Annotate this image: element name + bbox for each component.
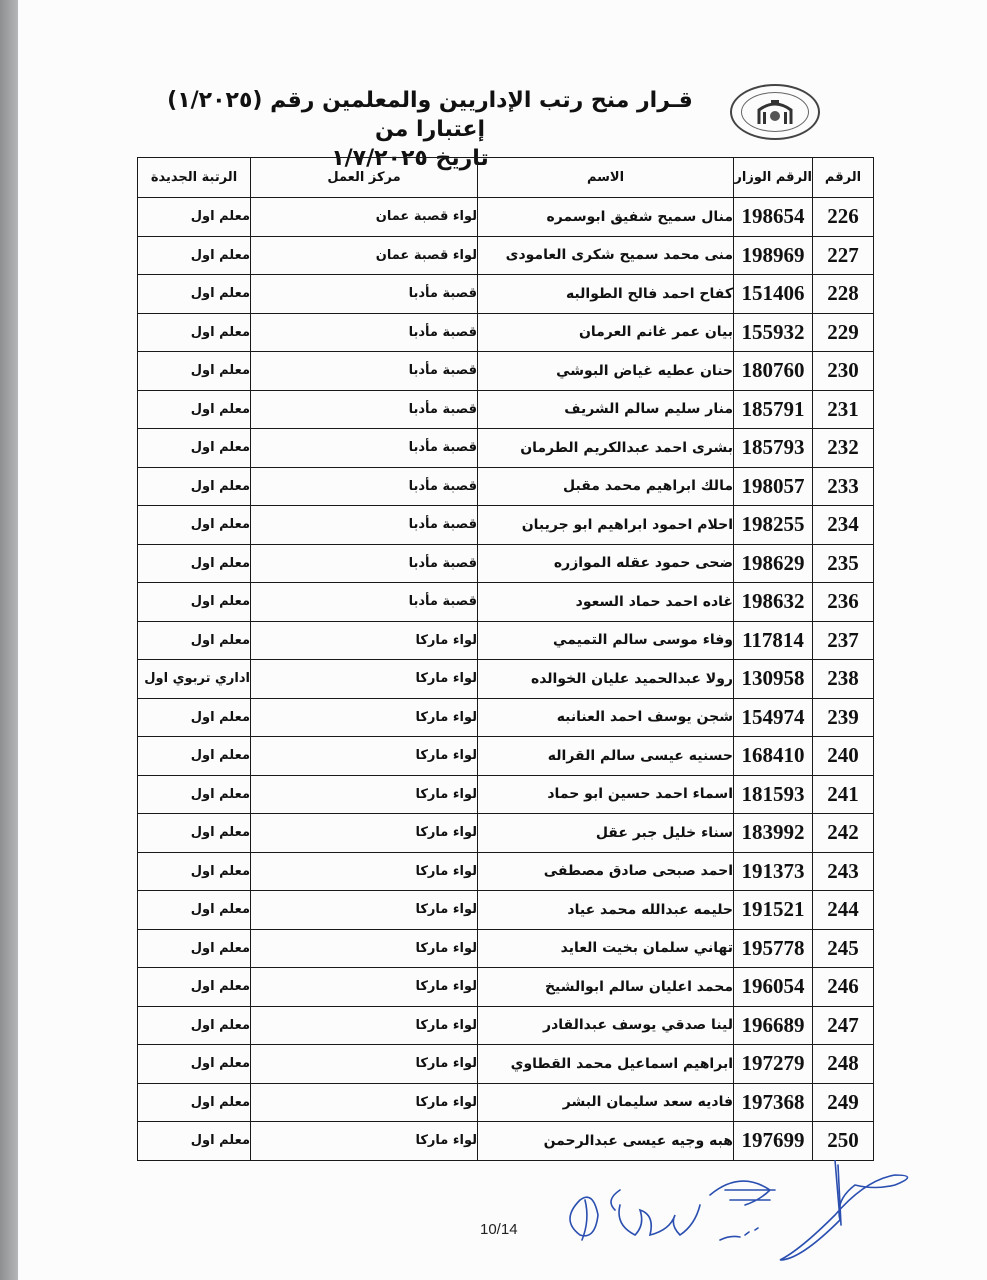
- employee-name-cell: حليمه عبدالله محمد عياد: [478, 891, 734, 930]
- new-rank-cell: معلم اول: [138, 1083, 251, 1122]
- employee-name-cell: احمد صبحى صادق مصطفى: [478, 852, 734, 891]
- ministry-id-cell: 183992: [734, 814, 813, 853]
- row-number-cell: 238: [813, 660, 874, 699]
- emblem-icon: [741, 92, 809, 132]
- signatures-icon: [550, 1160, 930, 1270]
- table-row: 242183992سناء خليل جبر عقللواء ماركامعلم…: [138, 814, 874, 853]
- ministry-id-cell: 185791: [734, 390, 813, 429]
- new-rank-cell: معلم اول: [138, 390, 251, 429]
- employee-name-cell: حنان عطيه غياض البوشي: [478, 352, 734, 391]
- employee-name-cell: منار سليم سالم الشريف: [478, 390, 734, 429]
- row-number-cell: 232: [813, 429, 874, 468]
- new-rank-cell: معلم اول: [138, 236, 251, 275]
- row-number-cell: 233: [813, 467, 874, 506]
- employee-name-cell: رولا عبدالحميد عليان الخوالده: [478, 660, 734, 699]
- work-center-cell: قصبة مأدبا: [251, 544, 478, 583]
- ministry-id-cell: 198969: [734, 236, 813, 275]
- employee-name-cell: فاديه سعد سليمان البشر: [478, 1083, 734, 1122]
- table-row: 244191521حليمه عبدالله محمد عيادلواء مار…: [138, 891, 874, 930]
- employee-name-cell: بشرى احمد عبدالكريم الطرمان: [478, 429, 734, 468]
- ministry-id-cell: 117814: [734, 621, 813, 660]
- employee-name-cell: بيان عمر غانم العرمان: [478, 313, 734, 352]
- new-rank-cell: معلم اول: [138, 775, 251, 814]
- ministry-emblem-logo: [730, 84, 820, 140]
- employee-name-cell: لينا صدقي يوسف عبدالقادر: [478, 1006, 734, 1045]
- new-rank-cell: معلم اول: [138, 698, 251, 737]
- work-center-cell: لواء ماركا: [251, 814, 478, 853]
- ministry-id-cell: 198255: [734, 506, 813, 545]
- row-number-cell: 249: [813, 1083, 874, 1122]
- row-number-cell: 234: [813, 506, 874, 545]
- new-rank-cell: معلم اول: [138, 1006, 251, 1045]
- row-number-cell: 245: [813, 929, 874, 968]
- ministry-id-cell: 180760: [734, 352, 813, 391]
- work-center-cell: قصبة مأدبا: [251, 429, 478, 468]
- new-rank-cell: معلم اول: [138, 621, 251, 660]
- ministry-id-cell: 195778: [734, 929, 813, 968]
- new-rank-cell: اداري تربوي اول: [138, 660, 251, 699]
- row-number-cell: 226: [813, 198, 874, 237]
- new-rank-cell: معلم اول: [138, 467, 251, 506]
- employee-name-cell: هبه وجيه عيسى عبدالرحمن: [478, 1122, 734, 1161]
- work-center-cell: لواء قصبة عمان: [251, 198, 478, 237]
- table-body: 226198654منال سميح شفيق ابوسمرهلواء قصبة…: [138, 198, 874, 1161]
- work-center-cell: لواء ماركا: [251, 968, 478, 1007]
- row-number-cell: 248: [813, 1045, 874, 1084]
- table-row: 227198969منى محمد سميح شكرى العامودىلواء…: [138, 236, 874, 275]
- employee-name-cell: منال سميح شفيق ابوسمره: [478, 198, 734, 237]
- table-row: 232185793بشرى احمد عبدالكريم الطرمانقصبة…: [138, 429, 874, 468]
- ministry-id-cell: 151406: [734, 275, 813, 314]
- employee-name-cell: كفاح احمد فالح الطوالبه: [478, 275, 734, 314]
- table-row: 234198255احلام احمود ابراهيم ابو جريبانق…: [138, 506, 874, 545]
- ministry-id-cell: 197368: [734, 1083, 813, 1122]
- new-rank-cell: معلم اول: [138, 1045, 251, 1084]
- table-row: 231185791منار سليم سالم الشريفقصبة مأدبا…: [138, 390, 874, 429]
- table-row: 241181593اسماء احمد حسين ابو حمادلواء ما…: [138, 775, 874, 814]
- header-ministry-id: الرقم الوزاري: [734, 158, 813, 198]
- new-rank-cell: معلم اول: [138, 814, 251, 853]
- row-number-cell: 235: [813, 544, 874, 583]
- table-row: 240168410حسنيه عيسى سالم القرالهلواء مار…: [138, 737, 874, 776]
- row-number-cell: 229: [813, 313, 874, 352]
- work-center-cell: لواء ماركا: [251, 852, 478, 891]
- row-number-cell: 247: [813, 1006, 874, 1045]
- employee-name-cell: حسنيه عيسى سالم القراله: [478, 737, 734, 776]
- new-rank-cell: معلم اول: [138, 544, 251, 583]
- header-work-center: مركز العمل: [251, 158, 478, 198]
- work-center-cell: لواء ماركا: [251, 1122, 478, 1161]
- table-row: 237117814وفاء موسى سالم التميميلواء مارك…: [138, 621, 874, 660]
- table-row: 228151406كفاح احمد فالح الطوالبهقصبة مأد…: [138, 275, 874, 314]
- employee-name-cell: وفاء موسى سالم التميمي: [478, 621, 734, 660]
- ranks-table: الرقم الرقم الوزاري الاسم مركز العمل الر…: [137, 157, 874, 1161]
- table-row: 230180760حنان عطيه غياض البوشيقصبة مأدبا…: [138, 352, 874, 391]
- ministry-id-cell: 196689: [734, 1006, 813, 1045]
- ministry-id-cell: 155932: [734, 313, 813, 352]
- row-number-cell: 239: [813, 698, 874, 737]
- title-line-1: قـرار منح رتب الإداريين والمعلمين رقم (١…: [167, 88, 693, 142]
- new-rank-cell: معلم اول: [138, 352, 251, 391]
- new-rank-cell: معلم اول: [138, 968, 251, 1007]
- work-center-cell: لواء ماركا: [251, 698, 478, 737]
- work-center-cell: لواء قصبة عمان: [251, 236, 478, 275]
- work-center-cell: لواء ماركا: [251, 891, 478, 930]
- employee-name-cell: مالك ابراهيم محمد مقبل: [478, 467, 734, 506]
- work-center-cell: لواء ماركا: [251, 621, 478, 660]
- ministry-id-cell: 197279: [734, 1045, 813, 1084]
- employee-name-cell: شجن يوسف احمد العنانبه: [478, 698, 734, 737]
- ministry-id-cell: 198629: [734, 544, 813, 583]
- work-center-cell: قصبة مأدبا: [251, 506, 478, 545]
- new-rank-cell: معلم اول: [138, 583, 251, 622]
- work-center-cell: قصبة مأدبا: [251, 467, 478, 506]
- row-number-cell: 231: [813, 390, 874, 429]
- scan-edge-shadow: [0, 0, 18, 1280]
- work-center-cell: لواء ماركا: [251, 660, 478, 699]
- employee-name-cell: تهاني سلمان بخيت العايد: [478, 929, 734, 968]
- work-center-cell: قصبة مأدبا: [251, 583, 478, 622]
- row-number-cell: 228: [813, 275, 874, 314]
- ministry-id-cell: 198654: [734, 198, 813, 237]
- row-number-cell: 250: [813, 1122, 874, 1161]
- new-rank-cell: معلم اول: [138, 929, 251, 968]
- table-row: 250197699هبه وجيه عيسى عبدالرحمنلواء مار…: [138, 1122, 874, 1161]
- row-number-cell: 230: [813, 352, 874, 391]
- table-row: 243191373احمد صبحى صادق مصطفىلواء ماركام…: [138, 852, 874, 891]
- ministry-id-cell: 130958: [734, 660, 813, 699]
- table-row: 245195778تهاني سلمان بخيت العايدلواء مار…: [138, 929, 874, 968]
- ministry-id-cell: 196054: [734, 968, 813, 1007]
- table-row: 248197279ابراهيم اسماعيل محمد القطاويلوا…: [138, 1045, 874, 1084]
- table-row: 235198629ضحى حمود عقله الموازرهقصبة مأدب…: [138, 544, 874, 583]
- row-number-cell: 242: [813, 814, 874, 853]
- header-new-rank: الرتبة الجديدة: [138, 158, 251, 198]
- ministry-id-cell: 154974: [734, 698, 813, 737]
- ministry-id-cell: 181593: [734, 775, 813, 814]
- new-rank-cell: معلم اول: [138, 852, 251, 891]
- new-rank-cell: معلم اول: [138, 506, 251, 545]
- work-center-cell: لواء ماركا: [251, 929, 478, 968]
- row-number-cell: 236: [813, 583, 874, 622]
- page-number: 10/14: [480, 1221, 518, 1238]
- table-row: 236198632غاده احمد حماد السعودقصبة مأدبا…: [138, 583, 874, 622]
- work-center-cell: لواء ماركا: [251, 737, 478, 776]
- employee-name-cell: سناء خليل جبر عقل: [478, 814, 734, 853]
- new-rank-cell: معلم اول: [138, 737, 251, 776]
- row-number-cell: 227: [813, 236, 874, 275]
- new-rank-cell: معلم اول: [138, 275, 251, 314]
- work-center-cell: قصبة مأدبا: [251, 275, 478, 314]
- new-rank-cell: معلم اول: [138, 313, 251, 352]
- table-row: 249197368فاديه سعد سليمان البشرلواء مارك…: [138, 1083, 874, 1122]
- work-center-cell: قصبة مأدبا: [251, 352, 478, 391]
- table-row: 229155932بيان عمر غانم العرمانقصبة مأدبا…: [138, 313, 874, 352]
- row-number-cell: 244: [813, 891, 874, 930]
- ministry-id-cell: 168410: [734, 737, 813, 776]
- employee-name-cell: محمد اعليان سالم ابوالشيخ: [478, 968, 734, 1007]
- work-center-cell: لواء ماركا: [251, 1083, 478, 1122]
- work-center-cell: لواء ماركا: [251, 1045, 478, 1084]
- table-row: 238130958رولا عبدالحميد عليان الخوالدهلو…: [138, 660, 874, 699]
- employee-name-cell: غاده احمد حماد السعود: [478, 583, 734, 622]
- new-rank-cell: معلم اول: [138, 1122, 251, 1161]
- table-header-row: الرقم الرقم الوزاري الاسم مركز العمل الر…: [138, 158, 874, 198]
- table-row: 246196054محمد اعليان سالم ابوالشيخلواء م…: [138, 968, 874, 1007]
- new-rank-cell: معلم اول: [138, 198, 251, 237]
- new-rank-cell: معلم اول: [138, 429, 251, 468]
- employee-name-cell: احلام احمود ابراهيم ابو جريبان: [478, 506, 734, 545]
- employee-name-cell: منى محمد سميح شكرى العامودى: [478, 236, 734, 275]
- row-number-cell: 243: [813, 852, 874, 891]
- ministry-id-cell: 185793: [734, 429, 813, 468]
- ministry-id-cell: 198632: [734, 583, 813, 622]
- new-rank-cell: معلم اول: [138, 891, 251, 930]
- work-center-cell: قصبة مأدبا: [251, 313, 478, 352]
- row-number-cell: 241: [813, 775, 874, 814]
- ministry-id-cell: 198057: [734, 467, 813, 506]
- employee-name-cell: ضحى حمود عقله الموازره: [478, 544, 734, 583]
- work-center-cell: لواء ماركا: [251, 1006, 478, 1045]
- work-center-cell: قصبة مأدبا: [251, 390, 478, 429]
- employee-name-cell: ابراهيم اسماعيل محمد القطاوي: [478, 1045, 734, 1084]
- header-name: الاسم: [478, 158, 734, 198]
- table-row: 247196689لينا صدقي يوسف عبدالقادرلواء ما…: [138, 1006, 874, 1045]
- table-row: 233198057مالك ابراهيم محمد مقبلقصبة مأدب…: [138, 467, 874, 506]
- table-row: 239154974شجن يوسف احمد العنانبهلواء مارك…: [138, 698, 874, 737]
- header-num: الرقم: [813, 158, 874, 198]
- ministry-id-cell: 191373: [734, 852, 813, 891]
- row-number-cell: 246: [813, 968, 874, 1007]
- table-row: 226198654منال سميح شفيق ابوسمرهلواء قصبة…: [138, 198, 874, 237]
- ministry-id-cell: 191521: [734, 891, 813, 930]
- employee-name-cell: اسماء احمد حسين ابو حماد: [478, 775, 734, 814]
- row-number-cell: 237: [813, 621, 874, 660]
- row-number-cell: 240: [813, 737, 874, 776]
- work-center-cell: لواء ماركا: [251, 775, 478, 814]
- ministry-id-cell: 197699: [734, 1122, 813, 1161]
